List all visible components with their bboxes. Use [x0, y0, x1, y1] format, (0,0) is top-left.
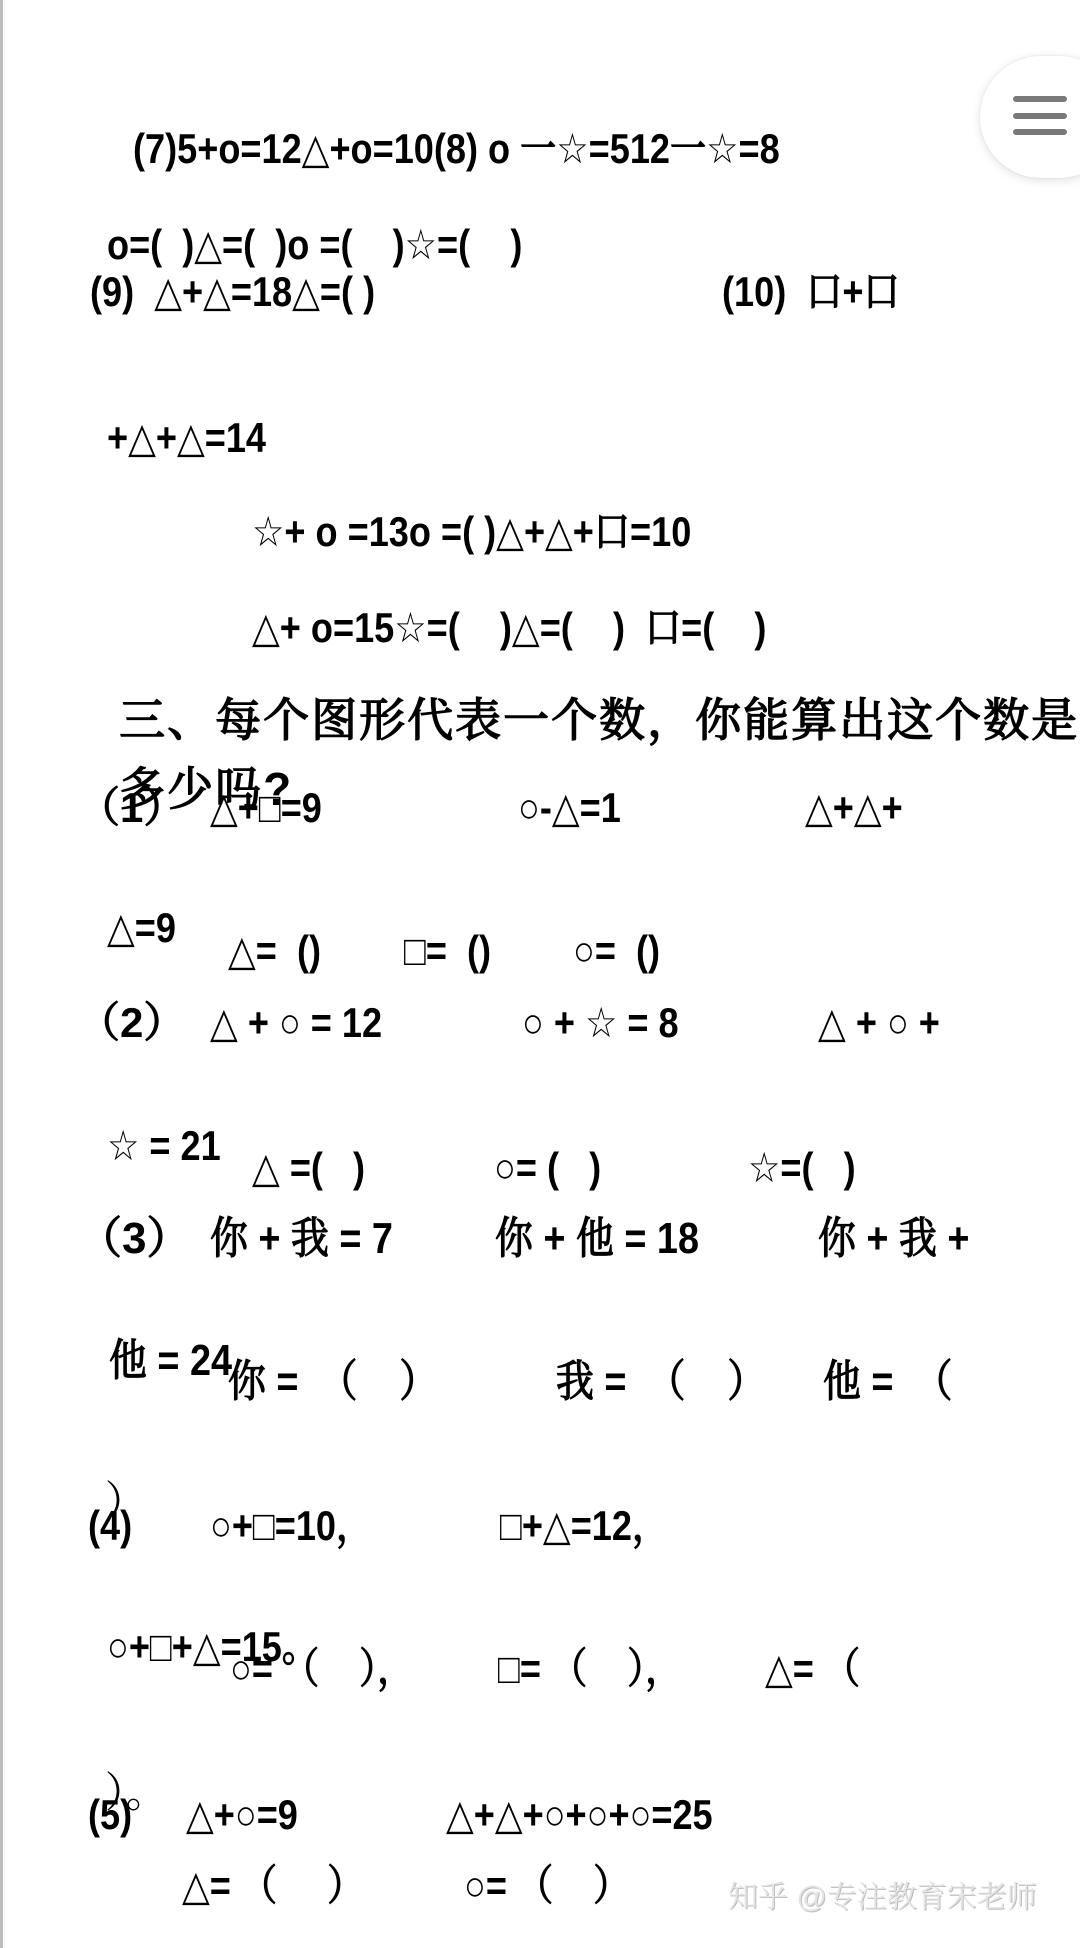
q4-answers: ○= （ ）， □= （ ）， △= （: [230, 1644, 1050, 1694]
q1-answers: △= () □= () ○= (): [228, 926, 1028, 976]
q9-q10-line3: △+ o=15☆=( )△=( ) 口=( ): [205, 553, 850, 603]
q5-answer-triangle: △= （ ）: [182, 1861, 393, 1911]
zhihu-watermark: 知乎 @专注教育宋老师: [728, 1878, 1037, 1918]
q1-eq3-start: △+△+: [805, 783, 919, 833]
q3-answer-wo: 我 = （ ）: [556, 1357, 799, 1407]
q5-answer-circle: ○= （ ）: [464, 1861, 656, 1911]
q9-q10-line: (9) △+△=18△=( ) (10) 口+口: [90, 267, 1080, 317]
hamburger-menu-icon: [1013, 96, 1067, 136]
page-left-border: [0, 0, 3, 1948]
q2-eq1: △ + ○ = 12: [210, 998, 410, 1048]
q5-label: (5): [88, 1790, 139, 1840]
q5-eq1: △+○=9: [186, 1790, 316, 1840]
q3-answers-wrap: ）: [58, 1427, 147, 1477]
section3-heading-line2: 多少吗?: [60, 705, 293, 761]
q4-label: (4): [88, 1501, 139, 1551]
q2-eq3-start: △ + ○ +: [818, 998, 960, 1048]
q2-label: （2）: [78, 998, 185, 1048]
q1-answer-square: □= (): [404, 926, 505, 976]
q3-answers: 你 = （ ） 我 = （ ） 他 = （: [228, 1357, 1048, 1407]
q2-answer-triangle: △ =( ): [252, 1143, 383, 1193]
floating-menu-button[interactable]: [980, 56, 1080, 178]
q5-eq2: △+△+○+○+○=25: [446, 1790, 756, 1840]
q4-answer-circle: ○= （ ），: [230, 1644, 443, 1694]
q10-equation-cont: +△+△=14: [60, 363, 292, 413]
q4-eq1: ○+□=10，: [210, 1501, 399, 1551]
q3-line: （3） 你 + 我 = 7 你 + 他 = 18 你 + 我 +: [60, 1214, 1060, 1264]
q2-answer-star: ☆=( ): [748, 1143, 873, 1193]
q3-answer-ni: 你 = （ ）: [228, 1357, 471, 1407]
q2-answer-circle: ○= ( ): [494, 1143, 619, 1193]
q1-eq2: ○-△=1: [518, 783, 638, 833]
q4-answer-square: □= （ ），: [498, 1644, 711, 1694]
q4-answer-triangle: △= （: [765, 1644, 876, 1694]
q10-equation-start: (10) 口+口: [722, 267, 929, 317]
q3-eq3-start: 你 + 我 +: [818, 1214, 994, 1264]
q2-answers: △ =( ) ○= ( ) ☆=( ): [252, 1143, 1052, 1193]
q3-eq2: 你 + 他 = 18: [495, 1214, 732, 1264]
q3-eq3-end: 他 = 24: [60, 1286, 252, 1336]
q1-eq3-end: △=9: [60, 853, 187, 903]
q4-answers-wrap: ）。: [58, 1718, 168, 1768]
q1-label: （1）: [78, 783, 185, 833]
q2-line: （2） △ + ○ = 12 ○ + ☆ = 8 △ + ○ +: [60, 998, 1060, 1048]
q9-equation: (9) △+△=18△=( ): [90, 267, 422, 317]
q1-line: （1） △+□=9 ○-△=1 △+△+: [60, 783, 1060, 833]
q9-q10-line2: ☆+ o =13o =( )△+△+口=10: [205, 457, 763, 507]
q1-eq1: △+□=9: [210, 783, 340, 833]
q2-eq2: ○ + ☆ = 8: [522, 998, 704, 1048]
q7-q8-answers: o=( )△=( )o =( )☆=( ): [60, 170, 590, 220]
q3-eq1: 你 + 我 = 7: [210, 1214, 423, 1264]
q3-answer-ta: 他 = （: [823, 1357, 973, 1407]
section3-heading-line1: 三、每个图形代表一个数，你能算出这个数是: [60, 636, 1079, 692]
q4-line: (4) ○+□=10， □+△=12，: [88, 1501, 1048, 1551]
q4-eq3: ○+□+△=15。: [60, 1572, 352, 1622]
q4-eq2: □+△=12，: [500, 1501, 695, 1551]
q3-label: （3）: [78, 1214, 190, 1264]
q1-answer-triangle: △= (): [228, 926, 336, 976]
q1-answer-circle: ○= (): [573, 926, 674, 976]
q2-eq3-end: ☆ = 21: [60, 1071, 239, 1121]
q7-q8-equations: (7)5+o=12△+o=10(8) o 一☆=512一☆=8: [86, 74, 885, 124]
q5-line: (5) △+○=9 △+△+○+○+○=25: [88, 1790, 1048, 1840]
